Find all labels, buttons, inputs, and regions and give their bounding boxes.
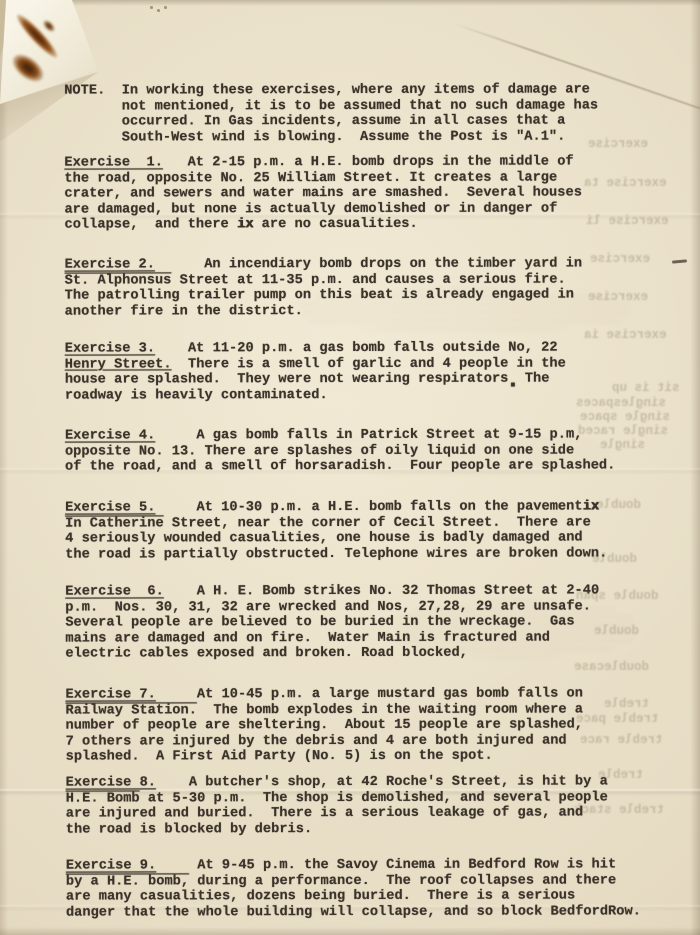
- text-line: mains are damaged and on fire. Water Mai…: [65, 630, 599, 647]
- text-line: number of people are sheltering. About 1…: [66, 718, 584, 735]
- text-line: of the road, and a smell of horsaradish.…: [65, 458, 615, 475]
- text-line: p.m. Nos. 30, 31, 32 are wrecked and Nos…: [65, 599, 599, 616]
- exercise-9-paragraph: Exercise 9. At 9-45 p.m. the Savoy Cinem…: [66, 857, 641, 920]
- text-line: not mentioned, it is to be assumed that …: [64, 98, 598, 115]
- text-line: are injured and buried. There is a serio…: [66, 805, 608, 822]
- typed-text-layer: NOTE. In working these exercises, where …: [0, 0, 700, 935]
- text-line: the road is blocked by debris.: [66, 821, 608, 838]
- note-paragraph: NOTE. In working these exercises, where …: [64, 82, 598, 145]
- text-line: by a H.E. bomb, during a performance. Th…: [66, 873, 641, 890]
- text-line: another fire in the district.: [65, 303, 583, 320]
- text-line: Exercise 9. At 9-45 p.m. the Savoy Cinem…: [66, 857, 641, 874]
- text-line: are many casualities, dozens being burie…: [66, 888, 641, 905]
- exercise-6-paragraph: Exercise 6. A H. E. Bomb strikes No. 32 …: [65, 583, 599, 662]
- text-line: house are splashed. They were not wearin…: [65, 372, 566, 389]
- text-line: the road, opposite No. 25 William Street…: [64, 170, 582, 187]
- text-line: H.E. Bomb at 5-30 p.m. The shop is demol…: [66, 790, 608, 807]
- exercise-3-paragraph: Exercise 3. At 11-20 p.m. a gas bomb fal…: [65, 341, 566, 404]
- text-line: Exercise 3. At 11-20 p.m. a gas bomb fal…: [65, 341, 566, 358]
- text-line: The patrolling trailer pump on this beat…: [65, 288, 583, 305]
- text-line: St. Alphonsus Street at 11-35 p.m. and c…: [65, 272, 583, 289]
- text-line: opposite No. 13. There are splashes of o…: [65, 443, 615, 460]
- text-line: crater, and sewers and water mains are s…: [64, 186, 582, 203]
- text-line: Railway Station. The bomb explodes in th…: [65, 702, 583, 719]
- text-line: Exercise 5. At 10-30 p.m. a H.E. bomb fa…: [65, 499, 607, 516]
- text-line: NOTE. In working these exercises, where …: [64, 82, 598, 99]
- text-line: collapse, and there ix are no casualitie…: [64, 217, 582, 234]
- exercise-4-paragraph: Exercise 4. A gas bomb falls in Patrick …: [65, 427, 615, 475]
- text-line: electric cables exposed and broken. Road…: [65, 645, 599, 662]
- exercise-5-paragraph: Exercise 5. At 10-30 p.m. a H.E. bomb fa…: [65, 499, 607, 562]
- text-line: Exercise 1. At 2-15 p.m. a H.E. bomb dro…: [64, 155, 582, 172]
- exercise-1-paragraph: Exercise 1. At 2-15 p.m. a H.E. bomb dro…: [64, 155, 582, 234]
- text-line: 4 seriously wounded casualities, one hou…: [65, 530, 607, 547]
- text-line: occurred. In Gas incidents, assume in al…: [64, 113, 598, 130]
- text-line: Exercise 8. A butcher's shop, at 42 Roch…: [66, 774, 608, 791]
- text-line: are damaged, but none is actually demoli…: [64, 201, 582, 218]
- text-line: the road is partially obstructed. Teleph…: [65, 546, 607, 563]
- scanned-document-page: exerciseexercise taexercise liexerciseex…: [0, 0, 700, 935]
- text-line: South-West wind is blowing. Assume the P…: [64, 129, 598, 146]
- text-line: Henry Street. There is a smell of garlic…: [65, 356, 566, 373]
- text-line: 7 others are injured by the debris and 4…: [66, 733, 584, 750]
- text-line: In Catherine Street, near the corner of …: [65, 515, 607, 532]
- text-line: Exercise 7. At 10-45 p.m. a large mustar…: [65, 687, 583, 704]
- text-line: splashed. A First Aid Party (No. 5) is o…: [66, 749, 584, 766]
- exercise-7-paragraph: Exercise 7. At 10-45 p.m. a large mustar…: [65, 687, 583, 766]
- text-line: Exercise 6. A H. E. Bomb strikes No. 32 …: [65, 583, 599, 600]
- text-line: Exercise 2. An incendiary bomb drops on …: [65, 257, 583, 274]
- text-line: roadway is heavily contaminated.: [65, 387, 566, 404]
- exercise-2-paragraph: Exercise 2. An incendiary bomb drops on …: [65, 257, 583, 320]
- exercise-8-paragraph: Exercise 8. A butcher's shop, at 42 Roch…: [66, 774, 608, 837]
- text-line: Several people are believed to be buried…: [65, 614, 599, 631]
- text-line: Exercise 4. A gas bomb falls in Patrick …: [65, 427, 615, 444]
- text-line: danger that the whole building will coll…: [66, 904, 641, 921]
